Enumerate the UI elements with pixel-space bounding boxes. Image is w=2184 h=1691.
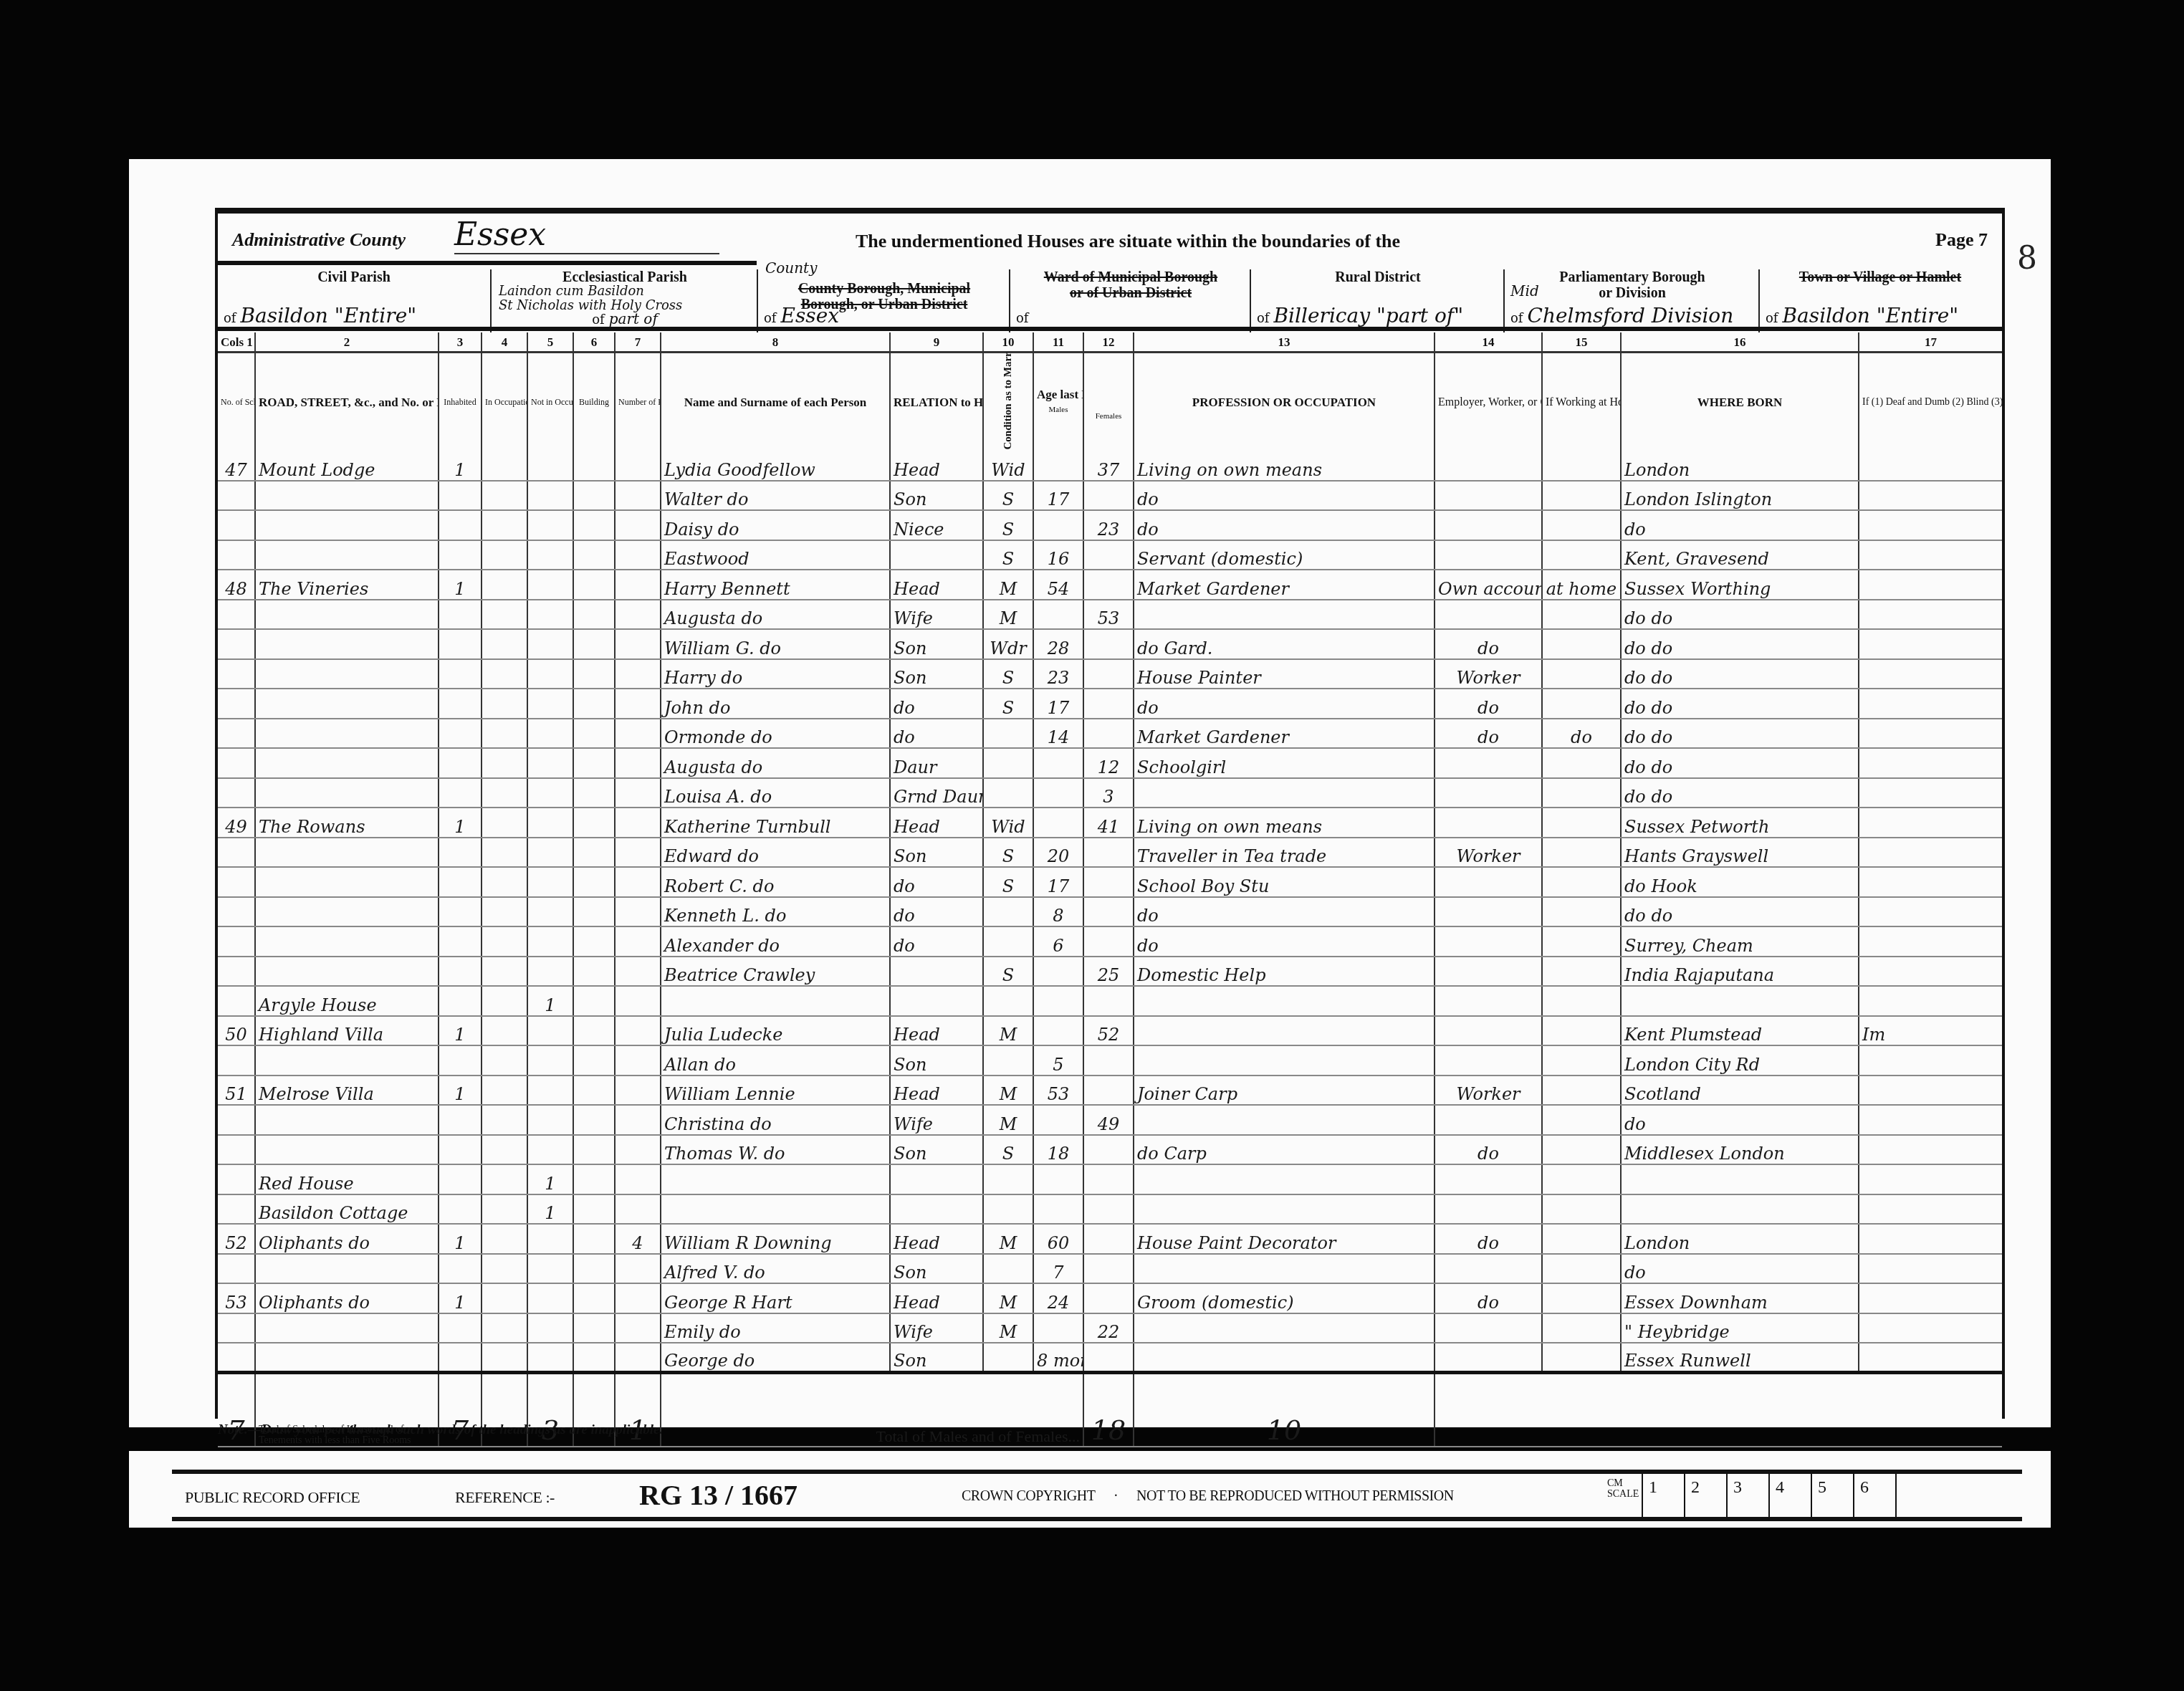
cell-house: The Rowans bbox=[255, 808, 439, 838]
cell-name: George R Hart bbox=[661, 1283, 890, 1313]
cell-female-age: 37 bbox=[1083, 451, 1134, 481]
cell-name: Eastwood bbox=[661, 540, 890, 570]
cell-name: Katherine Turnbull bbox=[661, 808, 890, 838]
cell-born: do bbox=[1621, 1105, 1859, 1135]
cell-male-age: 24 bbox=[1033, 1283, 1083, 1313]
cell-name: Daisy do bbox=[661, 510, 890, 540]
cell-male-age bbox=[1033, 1194, 1083, 1225]
cell-uninhabited-not bbox=[527, 778, 573, 808]
cell-house bbox=[255, 1254, 439, 1284]
cell-occupation: do bbox=[1134, 510, 1435, 540]
census-rows: 47Mount Lodge1Lydia GoodfellowHeadWid37L… bbox=[218, 451, 2002, 1373]
cell-condition: M bbox=[983, 1016, 1033, 1046]
cell-rooms bbox=[615, 540, 661, 570]
cell-condition: Wid bbox=[983, 808, 1033, 838]
census-row: John dodoS17dododo do bbox=[218, 689, 2002, 719]
cell-uninhabited-in bbox=[482, 926, 527, 957]
cell-uninhabited-in bbox=[482, 986, 527, 1016]
cell-schedule bbox=[218, 540, 255, 570]
census-row: Ormonde dodo14Market Gardenerdododo do bbox=[218, 719, 2002, 749]
cell-male-age bbox=[1033, 778, 1083, 808]
cell-inhabited: 1 bbox=[439, 451, 482, 481]
column-number: 2 bbox=[255, 332, 439, 353]
cell-infirmity bbox=[1859, 867, 2002, 897]
cell-at-home bbox=[1542, 1045, 1621, 1076]
col-at-home: If Working at Home bbox=[1542, 353, 1621, 451]
census-row: Basildon Cottage1 bbox=[218, 1194, 2002, 1225]
cell-inhabited: 1 bbox=[439, 1224, 482, 1254]
undermentioned-text: The undermentioned Houses are situate wi… bbox=[856, 231, 1400, 252]
census-row: Alfred V. doSon7do bbox=[218, 1254, 2002, 1284]
census-row: 47Mount Lodge1Lydia GoodfellowHeadWid37L… bbox=[218, 451, 2002, 481]
cell-relation bbox=[890, 540, 983, 570]
cell-schedule bbox=[218, 719, 255, 749]
column-number: 14 bbox=[1435, 332, 1542, 353]
cell-employer: Own account bbox=[1435, 570, 1542, 600]
cell-uninhabited-not: 1 bbox=[527, 1164, 573, 1194]
cell-inhabited: 1 bbox=[439, 1076, 482, 1106]
cell-employer: Worker bbox=[1435, 1076, 1542, 1106]
cell-infirmity bbox=[1859, 629, 2002, 659]
cell-occupation bbox=[1134, 986, 1435, 1016]
cell-building bbox=[573, 1105, 615, 1135]
cell-rooms bbox=[615, 481, 661, 511]
cell-born: do do bbox=[1621, 897, 1859, 927]
cell-building bbox=[573, 1045, 615, 1076]
cell-employer: do bbox=[1435, 689, 1542, 719]
ecclesiastical-parish: Ecclesiastical Parish Laindon cum Basild… bbox=[490, 269, 758, 332]
cell-name: Beatrice Crawley bbox=[661, 957, 890, 987]
cell-infirmity bbox=[1859, 510, 2002, 540]
cell-born: do do bbox=[1621, 719, 1859, 749]
cell-relation: do bbox=[890, 867, 983, 897]
cell-building bbox=[573, 719, 615, 749]
cell-born: London Islington bbox=[1621, 481, 1859, 511]
col-in-occupation: In Occupation bbox=[482, 353, 527, 451]
cell-uninhabited-not bbox=[527, 510, 573, 540]
cell-building bbox=[573, 1254, 615, 1284]
cell-male-age: 53 bbox=[1033, 1076, 1083, 1106]
cell-name: William R Downing bbox=[661, 1224, 890, 1254]
cell-female-age: 12 bbox=[1083, 748, 1134, 778]
cell-condition: S bbox=[983, 481, 1033, 511]
cell-uninhabited-in bbox=[482, 1135, 527, 1165]
cell-female-age bbox=[1083, 1194, 1134, 1225]
cell-relation: Grnd Daur bbox=[890, 778, 983, 808]
cell-employer bbox=[1435, 1254, 1542, 1284]
cell-employer bbox=[1435, 1105, 1542, 1135]
cell-schedule bbox=[218, 986, 255, 1016]
cell-occupation: Traveller in Tea trade bbox=[1134, 838, 1435, 868]
col-schedule: No. of Schedule bbox=[218, 353, 255, 451]
cell-female-age bbox=[1083, 1045, 1134, 1076]
cell-rooms bbox=[615, 1254, 661, 1284]
cell-condition: Wdr bbox=[983, 629, 1033, 659]
cell-relation: Son bbox=[890, 838, 983, 868]
cell-house: Argyle House bbox=[255, 986, 439, 1016]
cell-employer bbox=[1435, 540, 1542, 570]
census-row: Thomas W. doSonS18do CarpdoMiddlesex Lon… bbox=[218, 1135, 2002, 1165]
census-row: Augusta doWifeM53do do bbox=[218, 600, 2002, 630]
cell-female-age bbox=[1083, 1283, 1134, 1313]
cell-born: do Hook bbox=[1621, 867, 1859, 897]
cell-inhabited bbox=[439, 1254, 482, 1284]
cell-building bbox=[573, 897, 615, 927]
cell-occupation: House Paint Decorator bbox=[1134, 1224, 1435, 1254]
cell-employer bbox=[1435, 957, 1542, 987]
cell-condition: S bbox=[983, 540, 1033, 570]
cell-infirmity bbox=[1859, 1194, 2002, 1225]
header-rule bbox=[218, 261, 757, 265]
cell-rooms bbox=[615, 719, 661, 749]
cell-female-age bbox=[1083, 689, 1134, 719]
cell-schedule bbox=[218, 481, 255, 511]
census-row: George doSon8 monthEssex Runwell bbox=[218, 1343, 2002, 1373]
cell-uninhabited-in bbox=[482, 689, 527, 719]
cell-schedule bbox=[218, 778, 255, 808]
cell-female-age bbox=[1083, 926, 1134, 957]
cell-employer bbox=[1435, 1016, 1542, 1046]
cell-infirmity bbox=[1859, 1164, 2002, 1194]
census-row: 52Oliphants do14William R DowningHeadM60… bbox=[218, 1224, 2002, 1254]
civil-parish: Civil Parish ofBasildon "Entire" bbox=[218, 269, 490, 332]
cell-born: do do bbox=[1621, 600, 1859, 630]
column-number: 15 bbox=[1542, 332, 1621, 353]
cell-building bbox=[573, 570, 615, 600]
cell-born: India Rajaputana bbox=[1621, 957, 1859, 987]
cell-relation: do bbox=[890, 897, 983, 927]
cell-rooms bbox=[615, 1045, 661, 1076]
cell-born: Kent Plumstead bbox=[1621, 1016, 1859, 1046]
cell-infirmity bbox=[1859, 570, 2002, 600]
cell-condition bbox=[983, 1194, 1033, 1225]
cell-relation: Head bbox=[890, 1076, 983, 1106]
cell-condition bbox=[983, 926, 1033, 957]
cell-uninhabited-not bbox=[527, 808, 573, 838]
cell-relation: Son bbox=[890, 1135, 983, 1165]
cell-inhabited: 1 bbox=[439, 570, 482, 600]
cell-male-age bbox=[1033, 1313, 1083, 1343]
cell-inhabited: 1 bbox=[439, 808, 482, 838]
cell-uninhabited-in bbox=[482, 719, 527, 749]
cell-infirmity bbox=[1859, 659, 2002, 689]
cell-uninhabited-not bbox=[527, 1343, 573, 1373]
col-occupation: PROFESSION OR OCCUPATION bbox=[1134, 353, 1435, 451]
census-row: Beatrice CrawleyS25Domestic HelpIndia Ra… bbox=[218, 957, 2002, 987]
cell-female-age: 23 bbox=[1083, 510, 1134, 540]
cell-male-age: 20 bbox=[1033, 838, 1083, 868]
cell-female-age bbox=[1083, 540, 1134, 570]
cell-occupation: do bbox=[1134, 926, 1435, 957]
cell-condition bbox=[983, 1164, 1033, 1194]
cell-male-age: 7 bbox=[1033, 1254, 1083, 1284]
cell-uninhabited-in bbox=[482, 1194, 527, 1225]
cell-condition bbox=[983, 719, 1033, 749]
cell-name bbox=[661, 986, 890, 1016]
cell-at-home bbox=[1542, 600, 1621, 630]
col-rooms: Number of Rooms occupied if less than fi… bbox=[615, 353, 661, 451]
cell-house bbox=[255, 1135, 439, 1165]
column-number: 4 bbox=[482, 332, 527, 353]
cell-infirmity: Im bbox=[1859, 1016, 2002, 1046]
cell-uninhabited-not bbox=[527, 451, 573, 481]
cell-inhabited bbox=[439, 1164, 482, 1194]
cell-house bbox=[255, 600, 439, 630]
reference-label: REFERENCE :- bbox=[455, 1488, 555, 1507]
cell-relation: Head bbox=[890, 570, 983, 600]
cell-house: The Vineries bbox=[255, 570, 439, 600]
cell-male-age bbox=[1033, 748, 1083, 778]
cell-occupation bbox=[1134, 1313, 1435, 1343]
cell-at-home bbox=[1542, 1224, 1621, 1254]
cell-rooms bbox=[615, 629, 661, 659]
cell-house bbox=[255, 748, 439, 778]
cell-female-age bbox=[1083, 1164, 1134, 1194]
column-number: 10 bbox=[983, 332, 1033, 353]
cell-building bbox=[573, 867, 615, 897]
cell-building bbox=[573, 481, 615, 511]
page-number: Page 7 bbox=[1935, 229, 1988, 251]
cell-born: Kent, Gravesend bbox=[1621, 540, 1859, 570]
cell-relation: Head bbox=[890, 1224, 983, 1254]
cell-relation: Head bbox=[890, 808, 983, 838]
cell-building bbox=[573, 1164, 615, 1194]
cell-relation: Son bbox=[890, 629, 983, 659]
cell-name: Thomas W. do bbox=[661, 1135, 890, 1165]
cell-born: do do bbox=[1621, 748, 1859, 778]
cell-female-age bbox=[1083, 1343, 1134, 1373]
cell-uninhabited-in bbox=[482, 957, 527, 987]
cell-born bbox=[1621, 1164, 1859, 1194]
cell-inhabited bbox=[439, 510, 482, 540]
cell-house bbox=[255, 897, 439, 927]
cell-female-age bbox=[1083, 897, 1134, 927]
rural-district: Rural District ofBillericay "part of" bbox=[1250, 269, 1505, 332]
cell-building bbox=[573, 1224, 615, 1254]
column-number: 9 bbox=[890, 332, 983, 353]
col-relation: RELATION to Head of Family bbox=[890, 353, 983, 451]
cell-uninhabited-in bbox=[482, 1224, 527, 1254]
cell-name: Edward do bbox=[661, 838, 890, 868]
col-building: Building bbox=[573, 353, 615, 451]
census-row: Harry doSonS23House PainterWorkerdo do bbox=[218, 659, 2002, 689]
cell-condition bbox=[983, 897, 1033, 927]
cell-at-home bbox=[1542, 659, 1621, 689]
cell-name: Harry do bbox=[661, 659, 890, 689]
census-row: Red House1 bbox=[218, 1164, 2002, 1194]
cell-uninhabited-not: 1 bbox=[527, 986, 573, 1016]
cell-occupation bbox=[1134, 1343, 1435, 1373]
cell-condition: S bbox=[983, 689, 1033, 719]
cell-schedule: 48 bbox=[218, 570, 255, 600]
cell-born bbox=[1621, 1194, 1859, 1225]
cell-occupation: do bbox=[1134, 481, 1435, 511]
cell-schedule: 50 bbox=[218, 1016, 255, 1046]
cell-rooms bbox=[615, 986, 661, 1016]
cell-occupation: House Painter bbox=[1134, 659, 1435, 689]
cell-schedule bbox=[218, 659, 255, 689]
cell-born: Middlesex London bbox=[1621, 1135, 1859, 1165]
census-row: 48The Vineries1Harry BennettHeadM54Marke… bbox=[218, 570, 2002, 600]
cell-male-age: 17 bbox=[1033, 689, 1083, 719]
cell-house: Highland Villa bbox=[255, 1016, 439, 1046]
cell-uninhabited-not bbox=[527, 1254, 573, 1284]
cell-female-age bbox=[1083, 867, 1134, 897]
cell-relation: do bbox=[890, 689, 983, 719]
cell-male-age bbox=[1033, 1016, 1083, 1046]
total-males: 18 bbox=[1083, 1373, 1134, 1447]
cell-uninhabited-in bbox=[482, 1105, 527, 1135]
cell-at-home bbox=[1542, 1016, 1621, 1046]
cell-occupation bbox=[1134, 778, 1435, 808]
cell-male-age: 18 bbox=[1033, 1135, 1083, 1165]
cell-inhabited bbox=[439, 748, 482, 778]
cell-infirmity bbox=[1859, 1105, 2002, 1135]
column-number: Cols 1 bbox=[218, 332, 255, 353]
cell-female-age bbox=[1083, 838, 1134, 868]
cell-house bbox=[255, 540, 439, 570]
census-row: Kenneth L. dodo8dodo do bbox=[218, 897, 2002, 927]
census-row: Louisa A. doGrnd Daur3do do bbox=[218, 778, 2002, 808]
column-number: 16 bbox=[1621, 332, 1859, 353]
cell-condition bbox=[983, 986, 1033, 1016]
cell-uninhabited-not bbox=[527, 1313, 573, 1343]
census-row: William G. doSonWdr28do Gard.dodo do bbox=[218, 629, 2002, 659]
column-number-row: Cols 1234567891011121314151617 bbox=[218, 332, 2002, 353]
cell-at-home bbox=[1542, 1105, 1621, 1135]
census-row: Argyle House1 bbox=[218, 986, 2002, 1016]
cell-uninhabited-in bbox=[482, 481, 527, 511]
col-not-in-occupation: Not in Occupation bbox=[527, 353, 573, 451]
cell-female-age bbox=[1083, 1254, 1134, 1284]
column-number: 17 bbox=[1859, 332, 2002, 353]
cell-infirmity bbox=[1859, 838, 2002, 868]
cell-schedule: 47 bbox=[218, 451, 255, 481]
cell-infirmity bbox=[1859, 897, 2002, 927]
cell-born: London bbox=[1621, 1224, 1859, 1254]
cell-female-age bbox=[1083, 1135, 1134, 1165]
cell-building bbox=[573, 1016, 615, 1046]
cell-inhabited bbox=[439, 659, 482, 689]
cell-rooms bbox=[615, 1105, 661, 1135]
cell-name: Augusta do bbox=[661, 600, 890, 630]
cell-inhabited: 1 bbox=[439, 1283, 482, 1313]
cell-name: Augusta do bbox=[661, 748, 890, 778]
cell-occupation bbox=[1134, 1045, 1435, 1076]
cell-rooms bbox=[615, 808, 661, 838]
column-number: 11 bbox=[1033, 332, 1083, 353]
instruction-note: Note.—Draw your pen through such words o… bbox=[218, 1422, 663, 1438]
cell-schedule bbox=[218, 1343, 255, 1373]
cell-name: George do bbox=[661, 1343, 890, 1373]
cell-uninhabited-in bbox=[482, 1076, 527, 1106]
cell-house bbox=[255, 1105, 439, 1135]
census-row: Emily doWifeM22" Heybridge bbox=[218, 1313, 2002, 1343]
column-number: 3 bbox=[439, 332, 482, 353]
cell-name: Christina do bbox=[661, 1105, 890, 1135]
cell-female-age bbox=[1083, 659, 1134, 689]
cell-condition: M bbox=[983, 570, 1033, 600]
cell-name: William Lennie bbox=[661, 1076, 890, 1106]
cell-infirmity bbox=[1859, 600, 2002, 630]
cell-male-age: 60 bbox=[1033, 1224, 1083, 1254]
cell-infirmity bbox=[1859, 1045, 2002, 1076]
cell-occupation: Living on own means bbox=[1134, 451, 1435, 481]
cell-at-home bbox=[1542, 778, 1621, 808]
cell-female-age: 52 bbox=[1083, 1016, 1134, 1046]
cell-male-age: 14 bbox=[1033, 719, 1083, 749]
cell-building bbox=[573, 1343, 615, 1373]
column-number: 5 bbox=[527, 332, 573, 353]
cell-schedule: 53 bbox=[218, 1283, 255, 1313]
cell-rooms bbox=[615, 778, 661, 808]
cell-female-age: 25 bbox=[1083, 957, 1134, 987]
cell-condition: Wid bbox=[983, 451, 1033, 481]
cell-uninhabited-in bbox=[482, 1045, 527, 1076]
cell-rooms bbox=[615, 1283, 661, 1313]
cell-infirmity bbox=[1859, 1283, 2002, 1313]
cell-inhabited: 1 bbox=[439, 1016, 482, 1046]
cell-at-home bbox=[1542, 748, 1621, 778]
cell-uninhabited-not bbox=[527, 719, 573, 749]
cell-employer bbox=[1435, 481, 1542, 511]
cell-condition: S bbox=[983, 659, 1033, 689]
cell-name: Louisa A. do bbox=[661, 778, 890, 808]
scale-mark: 5 bbox=[1811, 1474, 1853, 1517]
cell-employer: Worker bbox=[1435, 838, 1542, 868]
cell-rooms bbox=[615, 1343, 661, 1373]
cell-female-age bbox=[1083, 629, 1134, 659]
cell-infirmity bbox=[1859, 719, 2002, 749]
cell-born: do do bbox=[1621, 689, 1859, 719]
scale-mark: 1 bbox=[1642, 1474, 1684, 1517]
cell-infirmity bbox=[1859, 451, 2002, 481]
cell-occupation bbox=[1134, 1254, 1435, 1284]
cell-condition: M bbox=[983, 1076, 1033, 1106]
cell-house bbox=[255, 719, 439, 749]
cell-born: London City Rd bbox=[1621, 1045, 1859, 1076]
cell-inhabited bbox=[439, 719, 482, 749]
cell-rooms bbox=[615, 1194, 661, 1225]
cell-female-age: 49 bbox=[1083, 1105, 1134, 1135]
cell-house: Oliphants do bbox=[255, 1283, 439, 1313]
cell-condition: S bbox=[983, 957, 1033, 987]
cell-schedule: 49 bbox=[218, 808, 255, 838]
cell-male-age bbox=[1033, 808, 1083, 838]
cell-uninhabited-not bbox=[527, 481, 573, 511]
cell-schedule bbox=[218, 600, 255, 630]
census-row: 53Oliphants do1George R HartHeadM24Groom… bbox=[218, 1283, 2002, 1313]
cell-uninhabited-not bbox=[527, 1016, 573, 1046]
cell-employer: do bbox=[1435, 1224, 1542, 1254]
cell-uninhabited-not: 1 bbox=[527, 1194, 573, 1225]
cell-uninhabited-not bbox=[527, 1105, 573, 1135]
cell-at-home bbox=[1542, 1254, 1621, 1284]
cell-house: Basildon Cottage bbox=[255, 1194, 439, 1225]
cell-occupation: Living on own means bbox=[1134, 808, 1435, 838]
cell-born: Sussex Petworth bbox=[1621, 808, 1859, 838]
cell-occupation: do bbox=[1134, 689, 1435, 719]
cell-building bbox=[573, 1194, 615, 1225]
cell-infirmity bbox=[1859, 778, 2002, 808]
county-borough: County County Borough, Municipal Borough… bbox=[757, 269, 1010, 332]
cell-name: Harry Bennett bbox=[661, 570, 890, 600]
cell-relation: Daur bbox=[890, 748, 983, 778]
cell-uninhabited-in bbox=[482, 1313, 527, 1343]
cell-inhabited bbox=[439, 540, 482, 570]
cell-relation: Son bbox=[890, 481, 983, 511]
cell-building bbox=[573, 1283, 615, 1313]
